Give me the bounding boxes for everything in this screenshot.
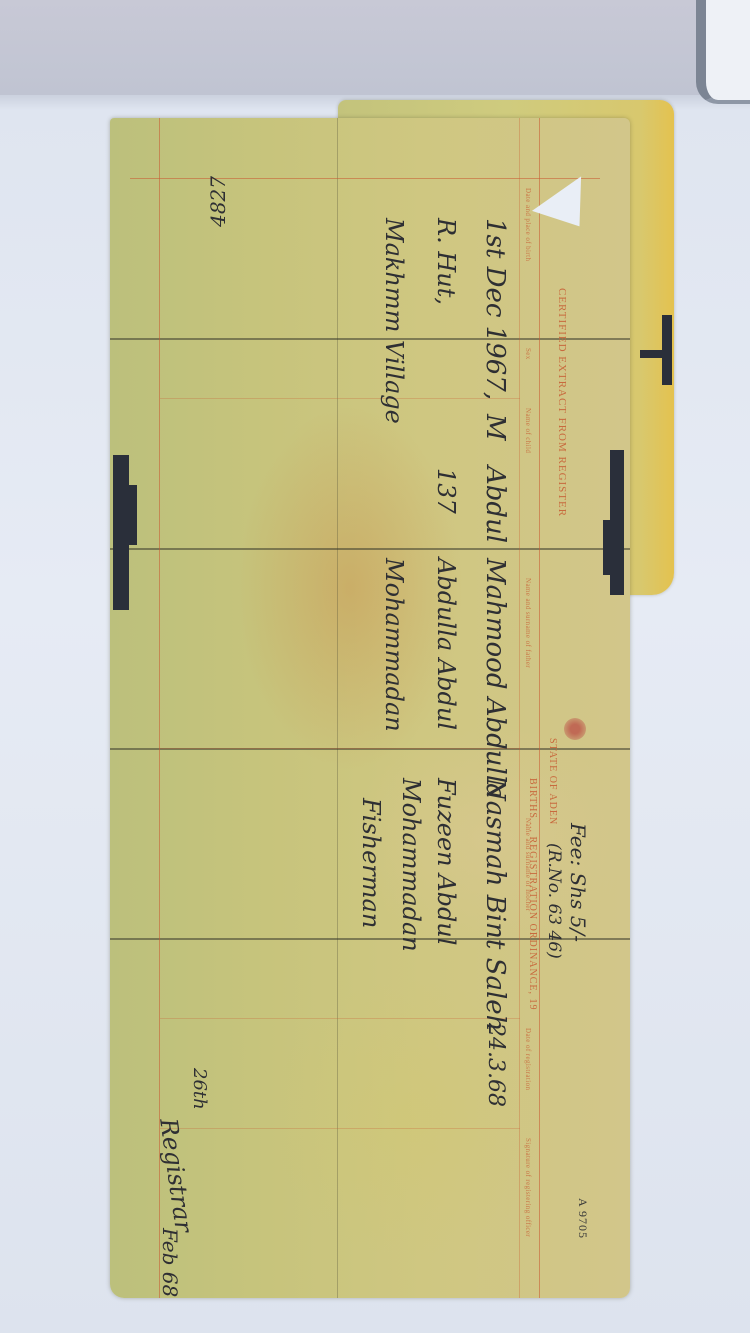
- serial-number: A 9705: [575, 1198, 590, 1239]
- tape-strip: [125, 485, 137, 545]
- table-rule: [160, 1128, 520, 1129]
- registrar-signature: Registrar: [154, 1117, 198, 1234]
- certified-extract-document: CERTIFIED EXTRACT FROM REGISTER STATE OF…: [110, 118, 630, 1298]
- father-religion: Mohammadan: [380, 558, 408, 732]
- table-rule: [160, 748, 520, 749]
- column-header: Date and place of birth: [524, 188, 532, 261]
- column-header: Sex: [524, 348, 532, 360]
- reference-annotation: (R.No. 63 46): [544, 843, 564, 959]
- table-rule: [160, 398, 520, 399]
- document-title: CERTIFIED EXTRACT FROM REGISTER: [556, 288, 568, 517]
- occupation: Fisherman: [357, 798, 385, 928]
- state-crest-icon: [564, 718, 586, 740]
- birthplace-line1: R. Hut,: [432, 218, 460, 305]
- column-header: Name of child: [524, 408, 532, 453]
- child-name: Abdul: [480, 466, 510, 543]
- table-rule: [130, 178, 600, 179]
- table-rule: [519, 118, 520, 1298]
- signature-date: Feb 68: [158, 1228, 182, 1297]
- date-of-birth: 1st Dec 1967,: [480, 218, 510, 400]
- column-header: Name and surname of mother: [524, 818, 532, 912]
- child-name-line2: 137: [432, 468, 460, 514]
- fold-crease: [110, 548, 630, 550]
- fold-crease: [110, 338, 630, 340]
- sex-value: M: [480, 414, 510, 441]
- fold-crease: [337, 118, 338, 1298]
- table-rule: [539, 118, 540, 1298]
- mother-name: Nasmah Bint Saleh: [480, 778, 510, 1031]
- column-header: Signature of registering officer: [524, 1138, 532, 1237]
- entry-number: 4827: [206, 176, 230, 227]
- state-title: STATE OF ADEN: [547, 738, 558, 825]
- column-header: Name and surname of father: [524, 578, 532, 668]
- tape-strip: [603, 520, 615, 575]
- birthplace-line2: Makhmm Village: [380, 218, 408, 424]
- father-name-line2: Abdulla Abdul: [432, 558, 460, 730]
- mother-name-line2: Fuzeen Abdul: [432, 778, 460, 945]
- registration-date: 24.3.68: [483, 1023, 508, 1107]
- table-rule: [160, 1018, 520, 1019]
- column-header: Date of registration: [524, 1028, 532, 1090]
- father-name: Mahmood Abdulla: [480, 558, 510, 799]
- document-content: CERTIFIED EXTRACT FROM REGISTER STATE OF…: [110, 118, 630, 1298]
- fee-annotation: Fee: Shs 5/-: [566, 823, 590, 942]
- mother-religion: Mohammadan: [397, 778, 425, 952]
- background-object: [696, 0, 750, 104]
- folio-value: 26th: [189, 1068, 210, 1110]
- tape-strip: [640, 350, 670, 358]
- background-surface-top: [0, 0, 750, 95]
